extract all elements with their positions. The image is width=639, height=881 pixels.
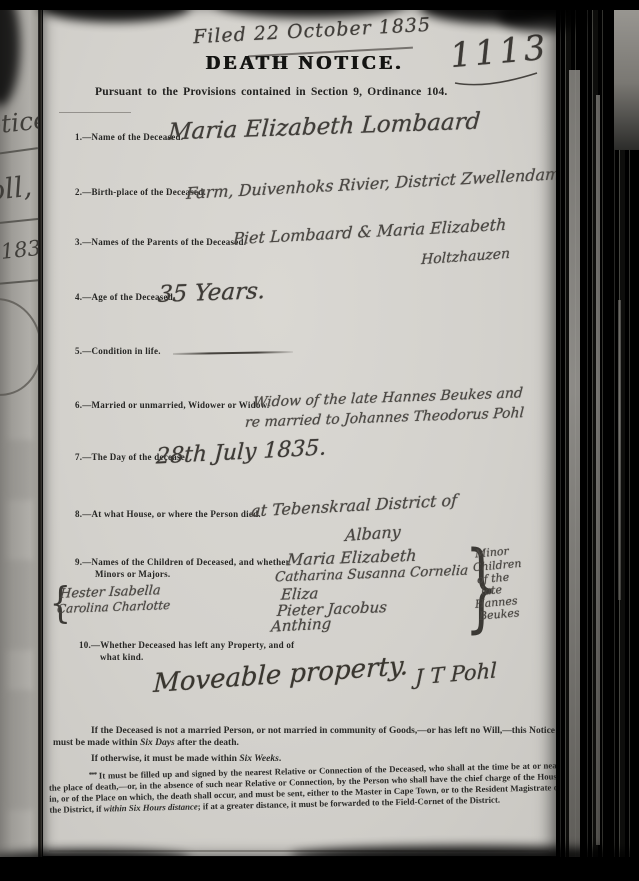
page-edge-strip [569, 70, 580, 860]
death-notice-page: Filed 22 October 1835 DEATH NOTICE. 1113… [43, 4, 557, 856]
field-4-value: 35 Years. [157, 278, 266, 308]
field-10-label: 10.—Whether Deceased has left any Proper… [79, 640, 294, 650]
left-margin-child-name: Carolina Charlotte [57, 598, 171, 616]
field-8-value: at Tebenskraal District of [251, 491, 458, 521]
page-edge-strip [618, 300, 621, 600]
field-8-value-line2: Albany [345, 522, 401, 545]
ink-rule [0, 279, 40, 285]
adjacent-page-fragment: r 1835 [0, 234, 40, 265]
bleed-through [4, 690, 34, 810]
form-title: DEATH NOTICE. [206, 52, 404, 75]
stamp-outline [0, 292, 40, 401]
footer-paragraph-3-em: within Six Hours distance [104, 801, 198, 813]
field-5-blank-stroke [173, 351, 293, 355]
bleed-through [4, 440, 34, 500]
footer-paragraph-3: *** It must be filled up and signed by t… [49, 760, 562, 816]
page-gutter [38, 0, 42, 881]
ink-rule [59, 112, 131, 113]
scan-shadow [0, 0, 20, 106]
scan-shadow [290, 846, 639, 866]
footer-paragraph-2-end: . [279, 754, 281, 764]
field-3-label: 3.—Names of the Parents of the Deceased. [75, 237, 246, 247]
footer-paragraph-2-em: Six Weeks [239, 754, 279, 764]
notice-number-flourish [451, 70, 543, 88]
child-name: Anthing [271, 614, 332, 635]
footer-paragraph-1-end: after the death. [175, 738, 239, 748]
field-3-value: Piet Lombaard & Maria Elizabeth [233, 215, 507, 248]
asterism-mark: *** [89, 771, 97, 779]
scan-shadow [498, 2, 588, 32]
binding-corner [614, 0, 639, 150]
adjacent-page-fragment: otice [0, 105, 40, 140]
filed-note: Filed 22 October 1835 [193, 14, 432, 48]
ink-rule [0, 218, 40, 224]
field-6-label: 6.—Married or unmarried, Widower or Wido… [75, 400, 269, 410]
field-2-value: Farm, Duivenhoks Rivier, District Zwelle… [186, 164, 561, 203]
adjacent-page-fragment: oll, [0, 169, 34, 207]
field-1-value: Maria Elizabeth Lombaard [167, 109, 481, 146]
bleed-through [2, 560, 34, 650]
field-10-value: Moveable property. [153, 651, 409, 699]
field-9-label: 9.—Names of the Children of Deceased, an… [75, 557, 290, 567]
signature: J T Pohl [415, 658, 497, 689]
form-subtitle: Pursuant to the Provisions contained in … [95, 86, 448, 98]
field-10-label-line2: what kind. [100, 652, 144, 662]
footer-paragraph-2-text: If otherwise, it must be made within [91, 754, 239, 764]
children-right-note: Beukes [479, 606, 520, 622]
field-9-label-line2: Minors or Majors. [95, 569, 170, 579]
field-8-label: 8.—At what House, or where the Person di… [75, 509, 261, 519]
page-edge-strip [596, 95, 600, 845]
footer-paragraph-1-em: Six Days [140, 738, 175, 748]
scanned-document: otice oll, r 1835 Filed 22 October 1835 … [0, 0, 639, 881]
field-3-value-line2: Holtzhauzen [421, 246, 511, 268]
adjacent-page-strip: otice oll, r 1835 [0, 0, 40, 881]
ink-rule [0, 147, 38, 154]
notice-number: 1113 [448, 28, 550, 76]
footer-paragraph-1-text: If the Deceased is not a married Person,… [53, 726, 555, 748]
field-5-label: 5.—Condition in life. [75, 346, 161, 356]
footer-paragraph-1: If the Deceased is not a married Person,… [53, 726, 555, 750]
footer-paragraph-2: If otherwise, it must be made within Six… [91, 754, 281, 766]
field-7-value: 28th July 1835. [155, 435, 327, 469]
